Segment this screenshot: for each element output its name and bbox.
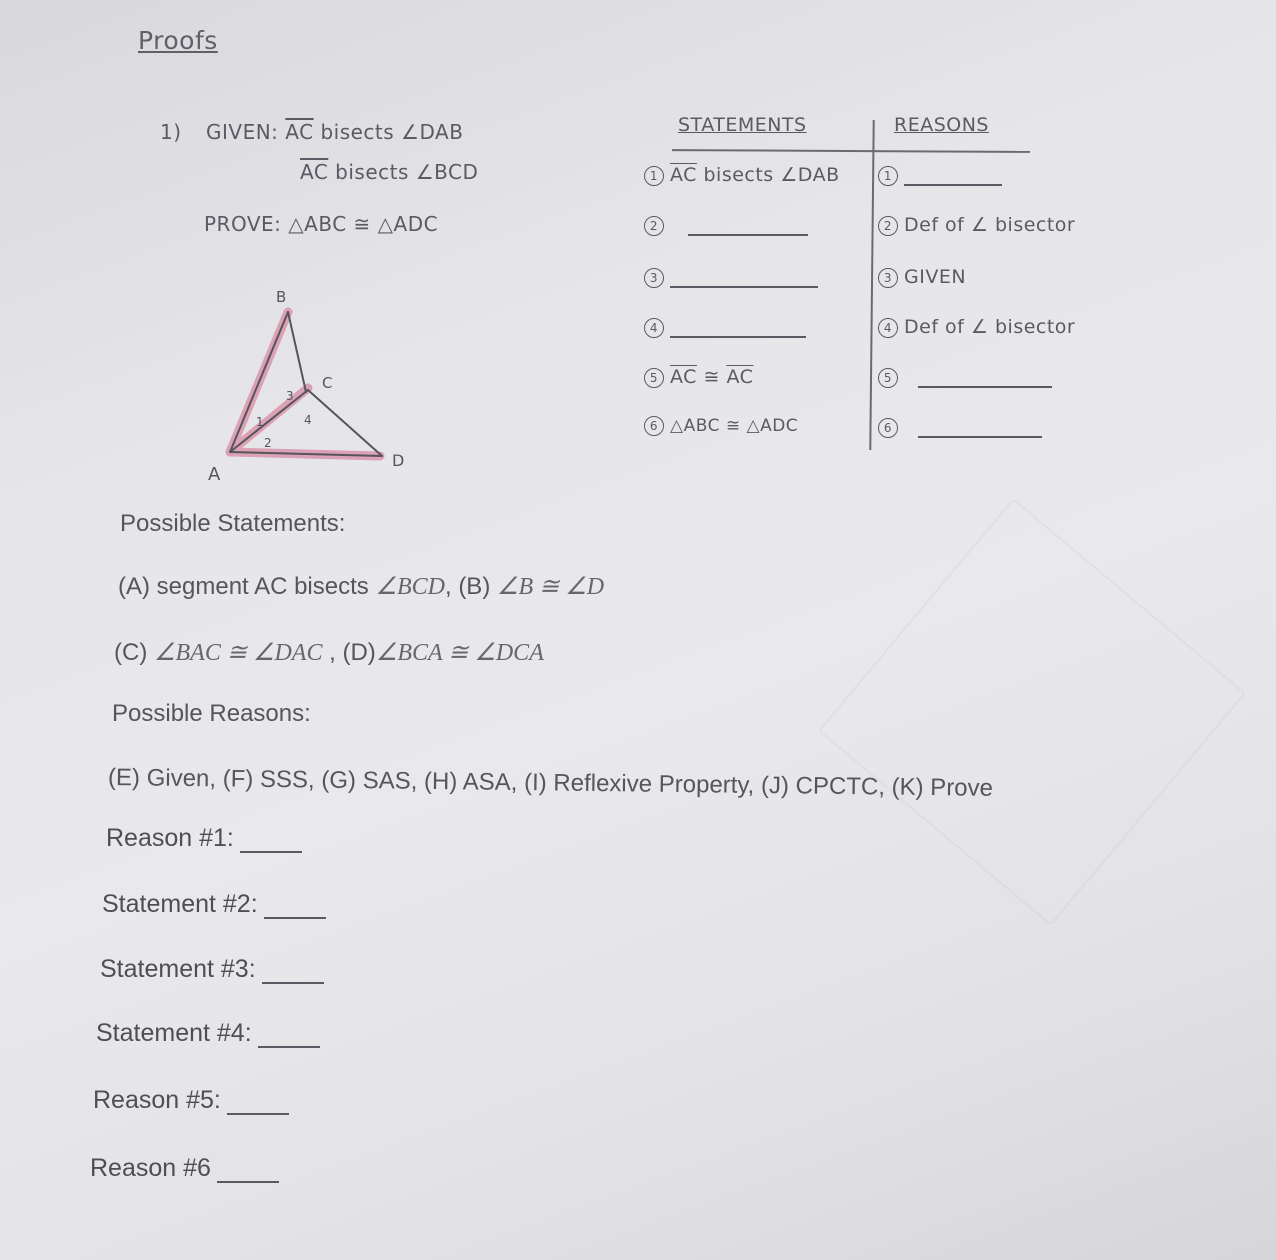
statement-cell: 3 [644, 266, 818, 288]
given-line-1: GIVEN: AC bisects ∠DAB [206, 112, 463, 152]
prove-label: PROVE: [204, 212, 281, 236]
answer-label: Reason #5: [93, 1086, 221, 1114]
step-number: 6 [644, 416, 664, 436]
reason-text: GIVEN [904, 266, 966, 288]
segment: AC [726, 366, 753, 388]
reason-blank[interactable] [918, 422, 1042, 438]
answer-blank[interactable] [227, 1093, 289, 1115]
vertex-b: B [276, 288, 286, 306]
possible-reasons-heading: Possible Reasons: [112, 700, 311, 728]
bleed-through-mark [818, 498, 1246, 926]
step-number: 2 [644, 216, 664, 236]
step-number: 1 [878, 166, 898, 186]
step-number: 3 [644, 268, 664, 288]
vertex-c: C [322, 374, 332, 392]
proof-row: 1AC bisects ∠DAB 1 [640, 164, 1180, 204]
option-c-label: (C) [114, 639, 147, 666]
reasons-header: REASONS [894, 114, 989, 136]
answer-reason-6: Reason #6 [90, 1154, 279, 1183]
two-column-proof-table: STATEMENTS REASONS 1AC bisects ∠DAB 1 2 … [640, 108, 1180, 468]
statement-options-line-1: (A) segment AC bisects ∠BCD, (B) ∠B ≅ ∠D [118, 572, 604, 601]
step-number: 4 [644, 318, 664, 338]
step-number: 1 [644, 166, 664, 186]
proof-row: 6△ABC ≅ △ADC 6 [640, 416, 1180, 456]
angle-label-3: 3 [286, 389, 294, 403]
reason-cell: 5 [878, 366, 1052, 388]
segment: AC [300, 160, 328, 184]
header-divider [672, 149, 1030, 153]
proof-row: 5AC ≅ AC 5 [640, 366, 1180, 406]
statement-blank[interactable] [670, 272, 818, 288]
angle-label-4: 4 [304, 413, 312, 427]
segment: AC [670, 366, 697, 388]
step-number: 5 [644, 368, 664, 388]
answer-label: Statement #3: [100, 955, 256, 983]
triangle-diagram: A B C D 1 2 3 4 [190, 280, 420, 490]
option-d-math: ∠BCA ≅ ∠DCA [376, 640, 544, 666]
reason-cell: 3GIVEN [878, 266, 966, 288]
step-number: 5 [878, 368, 898, 388]
answer-blank[interactable] [258, 1026, 320, 1048]
given-line-2: AC bisects ∠BCD [300, 152, 478, 192]
answer-reason-5: Reason #5: [93, 1086, 289, 1115]
statement-cell: 1AC bisects ∠DAB [644, 164, 840, 186]
angle-label-2: 2 [264, 436, 272, 450]
reason-blank[interactable] [904, 170, 1002, 186]
answer-label: Statement #2: [102, 890, 258, 918]
given-label: GIVEN: [206, 120, 278, 144]
reason-cell: 2Def of ∠ bisector [878, 214, 1075, 236]
step-number: 4 [878, 318, 898, 338]
prove-text: △ABC ≅ △ADC [288, 212, 438, 236]
angle-label-1: 1 [256, 415, 264, 429]
step-number: 2 [878, 216, 898, 236]
vertex-a: A [208, 464, 221, 485]
answer-statement-3: Statement #3: [100, 955, 324, 984]
step-number: 3 [878, 268, 898, 288]
given-text: bisects ∠BCD [335, 160, 478, 184]
option-a-text: segment AC bisects [157, 573, 369, 600]
answer-blank[interactable] [217, 1161, 279, 1183]
option-b-math: ∠B ≅ ∠D [497, 574, 604, 600]
reason-text: Def of ∠ bisector [904, 316, 1075, 338]
statement-cell: 4 [644, 316, 806, 338]
reason-cell: 6 [878, 416, 1042, 438]
reason-blank[interactable] [918, 372, 1052, 388]
statement-cell: 5AC ≅ AC [644, 366, 753, 388]
statements-header: STATEMENTS [678, 114, 807, 136]
answer-blank[interactable] [240, 831, 302, 853]
statement-text: ≅ [697, 366, 727, 388]
segment: AC [670, 164, 697, 186]
step-number: 6 [878, 418, 898, 438]
answer-blank[interactable] [264, 897, 326, 919]
prove-line: PROVE: △ABC ≅ △ADC [204, 204, 438, 244]
reason-cell: 4Def of ∠ bisector [878, 316, 1075, 338]
reason-cell: 1 [878, 164, 1002, 186]
answer-label: Statement #4: [96, 1019, 252, 1047]
segment: AC [285, 120, 313, 144]
option-b-label: (B) [458, 573, 490, 600]
answer-statement-4: Statement #4: [96, 1019, 320, 1048]
statement-cell: 2 [644, 214, 808, 236]
statement-blank[interactable] [688, 220, 808, 236]
proof-row: 2 2Def of ∠ bisector [640, 214, 1180, 254]
given-text: bisects ∠DAB [320, 120, 463, 144]
proof-row: 3 3GIVEN [640, 266, 1180, 306]
possible-statements-heading: Possible Statements: [120, 510, 345, 538]
possible-reasons-list: (E) Given, (F) SSS, (G) SAS, (H) ASA, (I… [108, 764, 993, 803]
statement-text: bisects ∠DAB [697, 164, 840, 186]
vertex-d: D [392, 451, 404, 470]
statement-cell: 6△ABC ≅ △ADC [644, 416, 798, 436]
answer-blank[interactable] [262, 962, 324, 984]
answer-label: Reason #1: [106, 824, 234, 852]
statement-blank[interactable] [670, 322, 806, 338]
page-title: Proofs [138, 26, 218, 55]
option-d-label: (D) [342, 639, 375, 666]
answer-statement-2: Statement #2: [102, 890, 326, 919]
proof-row: 4 4Def of ∠ bisector [640, 316, 1180, 356]
problem-number: 1) [160, 112, 182, 152]
option-c-math: ∠BAC ≅ ∠DAC [154, 640, 322, 666]
statement-text: △ABC ≅ △ADC [670, 416, 798, 436]
option-a-label: (A) [118, 573, 150, 600]
reason-text: Def of ∠ bisector [904, 214, 1075, 236]
statement-options-line-2: (C) ∠BAC ≅ ∠DAC , (D)∠BCA ≅ ∠DCA [114, 638, 544, 667]
option-a-math: ∠BCD [375, 574, 445, 600]
answer-reason-1: Reason #1: [106, 824, 302, 853]
answer-label: Reason #6 [90, 1154, 211, 1182]
